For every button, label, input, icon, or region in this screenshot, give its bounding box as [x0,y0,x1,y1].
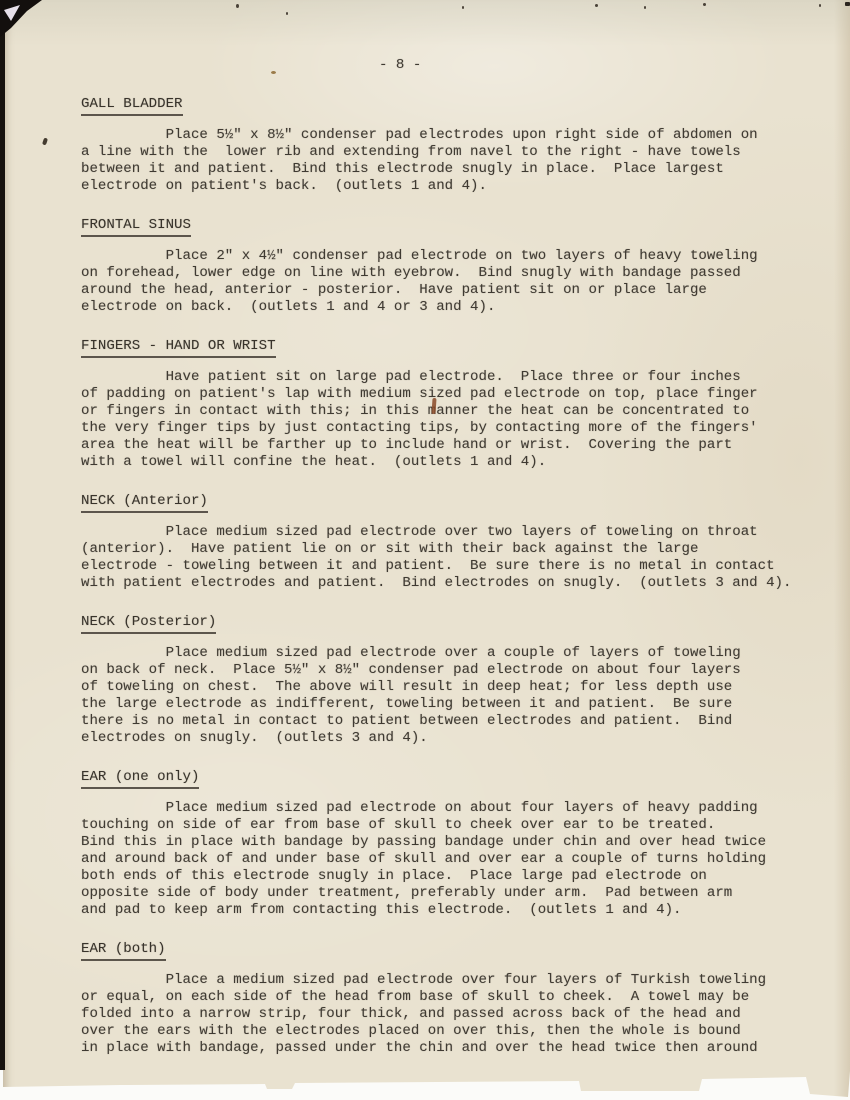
ink-speck [236,4,239,8]
section-body: Place 2" x 4½" condenser pad electrode o… [81,248,850,316]
section-body: Place medium sized pad electrode on abou… [81,800,850,919]
section-heading-row: FRONTAL SINUS [81,217,850,237]
section-heading-row: GALL BLADDER [81,96,850,116]
ink-speck [286,12,288,15]
section-heading-row: NECK (Anterior) [81,493,850,513]
section-body: Place 5½" x 8½" condenser pad electrodes… [81,127,850,195]
section-heading-row: EAR (one only) [81,769,850,789]
section-heading: EAR (one only) [81,769,199,789]
section-heading: NECK (Anterior) [81,493,208,513]
scan-background: - 8 - GALL BLADDER Place 5½" x 8½" conde… [0,0,850,1100]
section-ear-both: EAR (both) Place a medium sized pad elec… [81,941,850,1057]
section-heading: EAR (both) [81,941,166,961]
section-neck-anterior: NECK (Anterior) Place medium sized pad e… [81,493,850,592]
ink-speck [644,6,646,9]
section-heading-row: EAR (both) [81,941,850,961]
section-heading: NECK (Posterior) [81,614,216,634]
paper-stain [271,71,276,74]
section-heading: GALL BLADDER [81,96,183,116]
section-frontal-sinus: FRONTAL SINUS Place 2" x 4½" condenser p… [81,217,850,316]
section-gall-bladder: GALL BLADDER Place 5½" x 8½" condenser p… [81,96,850,195]
section-heading-row: NECK (Posterior) [81,614,850,634]
section-body: Place a medium sized pad electrode over … [81,972,850,1057]
ink-speck [845,2,850,6]
page-number: - 8 - [379,57,850,74]
section-heading: FRONTAL SINUS [81,217,191,237]
section-neck-posterior: NECK (Posterior) Place medium sized pad … [81,614,850,747]
section-ear-one-only: EAR (one only) Place medium sized pad el… [81,769,850,919]
section-body: Place medium sized pad electrode over tw… [81,524,850,592]
scan-edge-left [0,26,5,1070]
section-body: Have patient sit on large pad electrode.… [81,369,850,471]
page-text-column: - 8 - GALL BLADDER Place 5½" x 8½" conde… [3,0,850,1057]
section-heading: FINGERS - HAND OR WRIST [81,338,276,358]
section-body: Place medium sized pad electrode over a … [81,645,850,747]
section-heading-row: FINGERS - HAND OR WRIST [81,338,850,358]
ink-speck [462,6,464,9]
section-fingers-hand-or-wrist: FINGERS - HAND OR WRIST Have patient sit… [81,338,850,471]
document-page: - 8 - GALL BLADDER Place 5½" x 8½" conde… [3,0,850,1100]
ink-speck [819,4,821,7]
ink-speck [703,3,706,6]
ink-speck [595,4,598,7]
